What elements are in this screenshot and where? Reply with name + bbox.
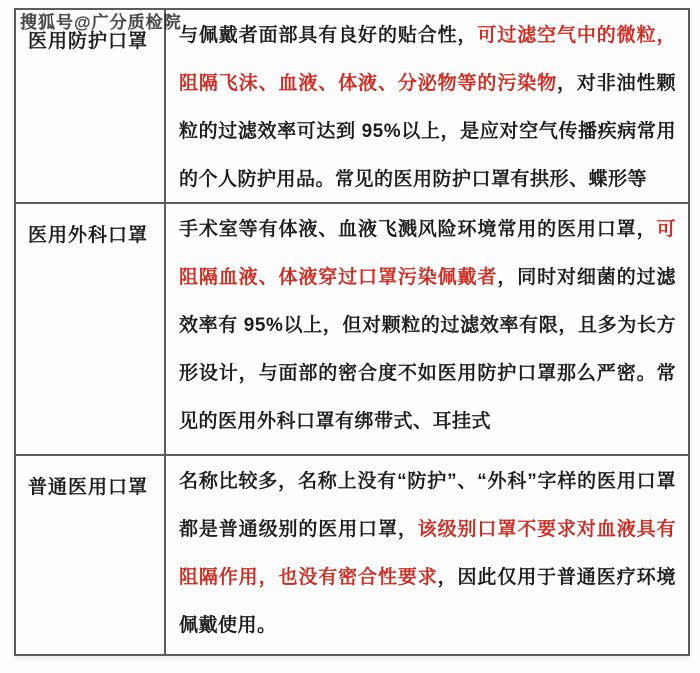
- mask-description-text: 名称比较多，名称上没有“防护”、“外科”字样的医用口罩都是普通级别的医用口罩，该…: [179, 458, 676, 650]
- mask-type-cell: 医用防护口罩: [16, 10, 166, 202]
- table-row: 医用防护口罩 与佩戴者面部具有良好的贴合性，可过滤空气中的微粒，阻隔飞沫、血液、…: [16, 10, 688, 202]
- mask-description-text: 与佩戴者面部具有良好的贴合性，可过滤空气中的微粒，阻隔飞沫、血液、体液、分泌物等…: [179, 12, 676, 202]
- mask-description-cell: 手术室等有体液、血液飞溅风险环境常用的医用口罩，可阻隔血液、体液穿过口罩污染佩戴…: [166, 204, 688, 454]
- text-segment: 常见的医用防护口罩有拱形、蝶形等: [335, 169, 647, 190]
- text-segment: 手术室等有体液、血液飞溅风险环境常用的医用口罩，: [179, 219, 656, 240]
- mask-type-cell: 普通医用口罩: [16, 456, 166, 654]
- sohu-watermark: 搜狐号@广分质检院: [20, 8, 182, 33]
- mask-type-label: 医用防护口罩: [28, 31, 148, 52]
- mask-type-cell: 医用外科口罩: [16, 204, 166, 454]
- text-segment: ，同时对细菌的过滤效率有 95%以上，但对颗粒的过滤效率有限，且多为长方形设计，…: [179, 267, 676, 432]
- mask-description-cell: 名称比较多，名称上没有“防护”、“外科”字样的医用口罩都是普通级别的医用口罩，该…: [166, 456, 688, 654]
- article-page: 医用防护口罩 与佩戴者面部具有良好的贴合性，可过滤空气中的微粒，阻隔飞沫、血液、…: [0, 0, 700, 673]
- mask-type-label: 医用外科口罩: [28, 225, 148, 246]
- mask-type-label: 普通医用口罩: [28, 477, 148, 498]
- table-row: 普通医用口罩 名称比较多，名称上没有“防护”、“外科”字样的医用口罩都是普通级别…: [16, 454, 688, 654]
- mask-comparison-table: 医用防护口罩 与佩戴者面部具有良好的贴合性，可过滤空气中的微粒，阻隔飞沫、血液、…: [14, 8, 690, 656]
- text-segment: 与佩戴者面部具有良好的贴合性，: [179, 25, 477, 46]
- mask-description-text: 手术室等有体液、血液飞溅风险环境常用的医用口罩，可阻隔血液、体液穿过口罩污染佩戴…: [179, 206, 676, 446]
- mask-description-cell: 与佩戴者面部具有良好的贴合性，可过滤空气中的微粒，阻隔飞沫、血液、体液、分泌物等…: [166, 10, 688, 202]
- table-row: 医用外科口罩 手术室等有体液、血液飞溅风险环境常用的医用口罩，可阻隔血液、体液穿…: [16, 202, 688, 454]
